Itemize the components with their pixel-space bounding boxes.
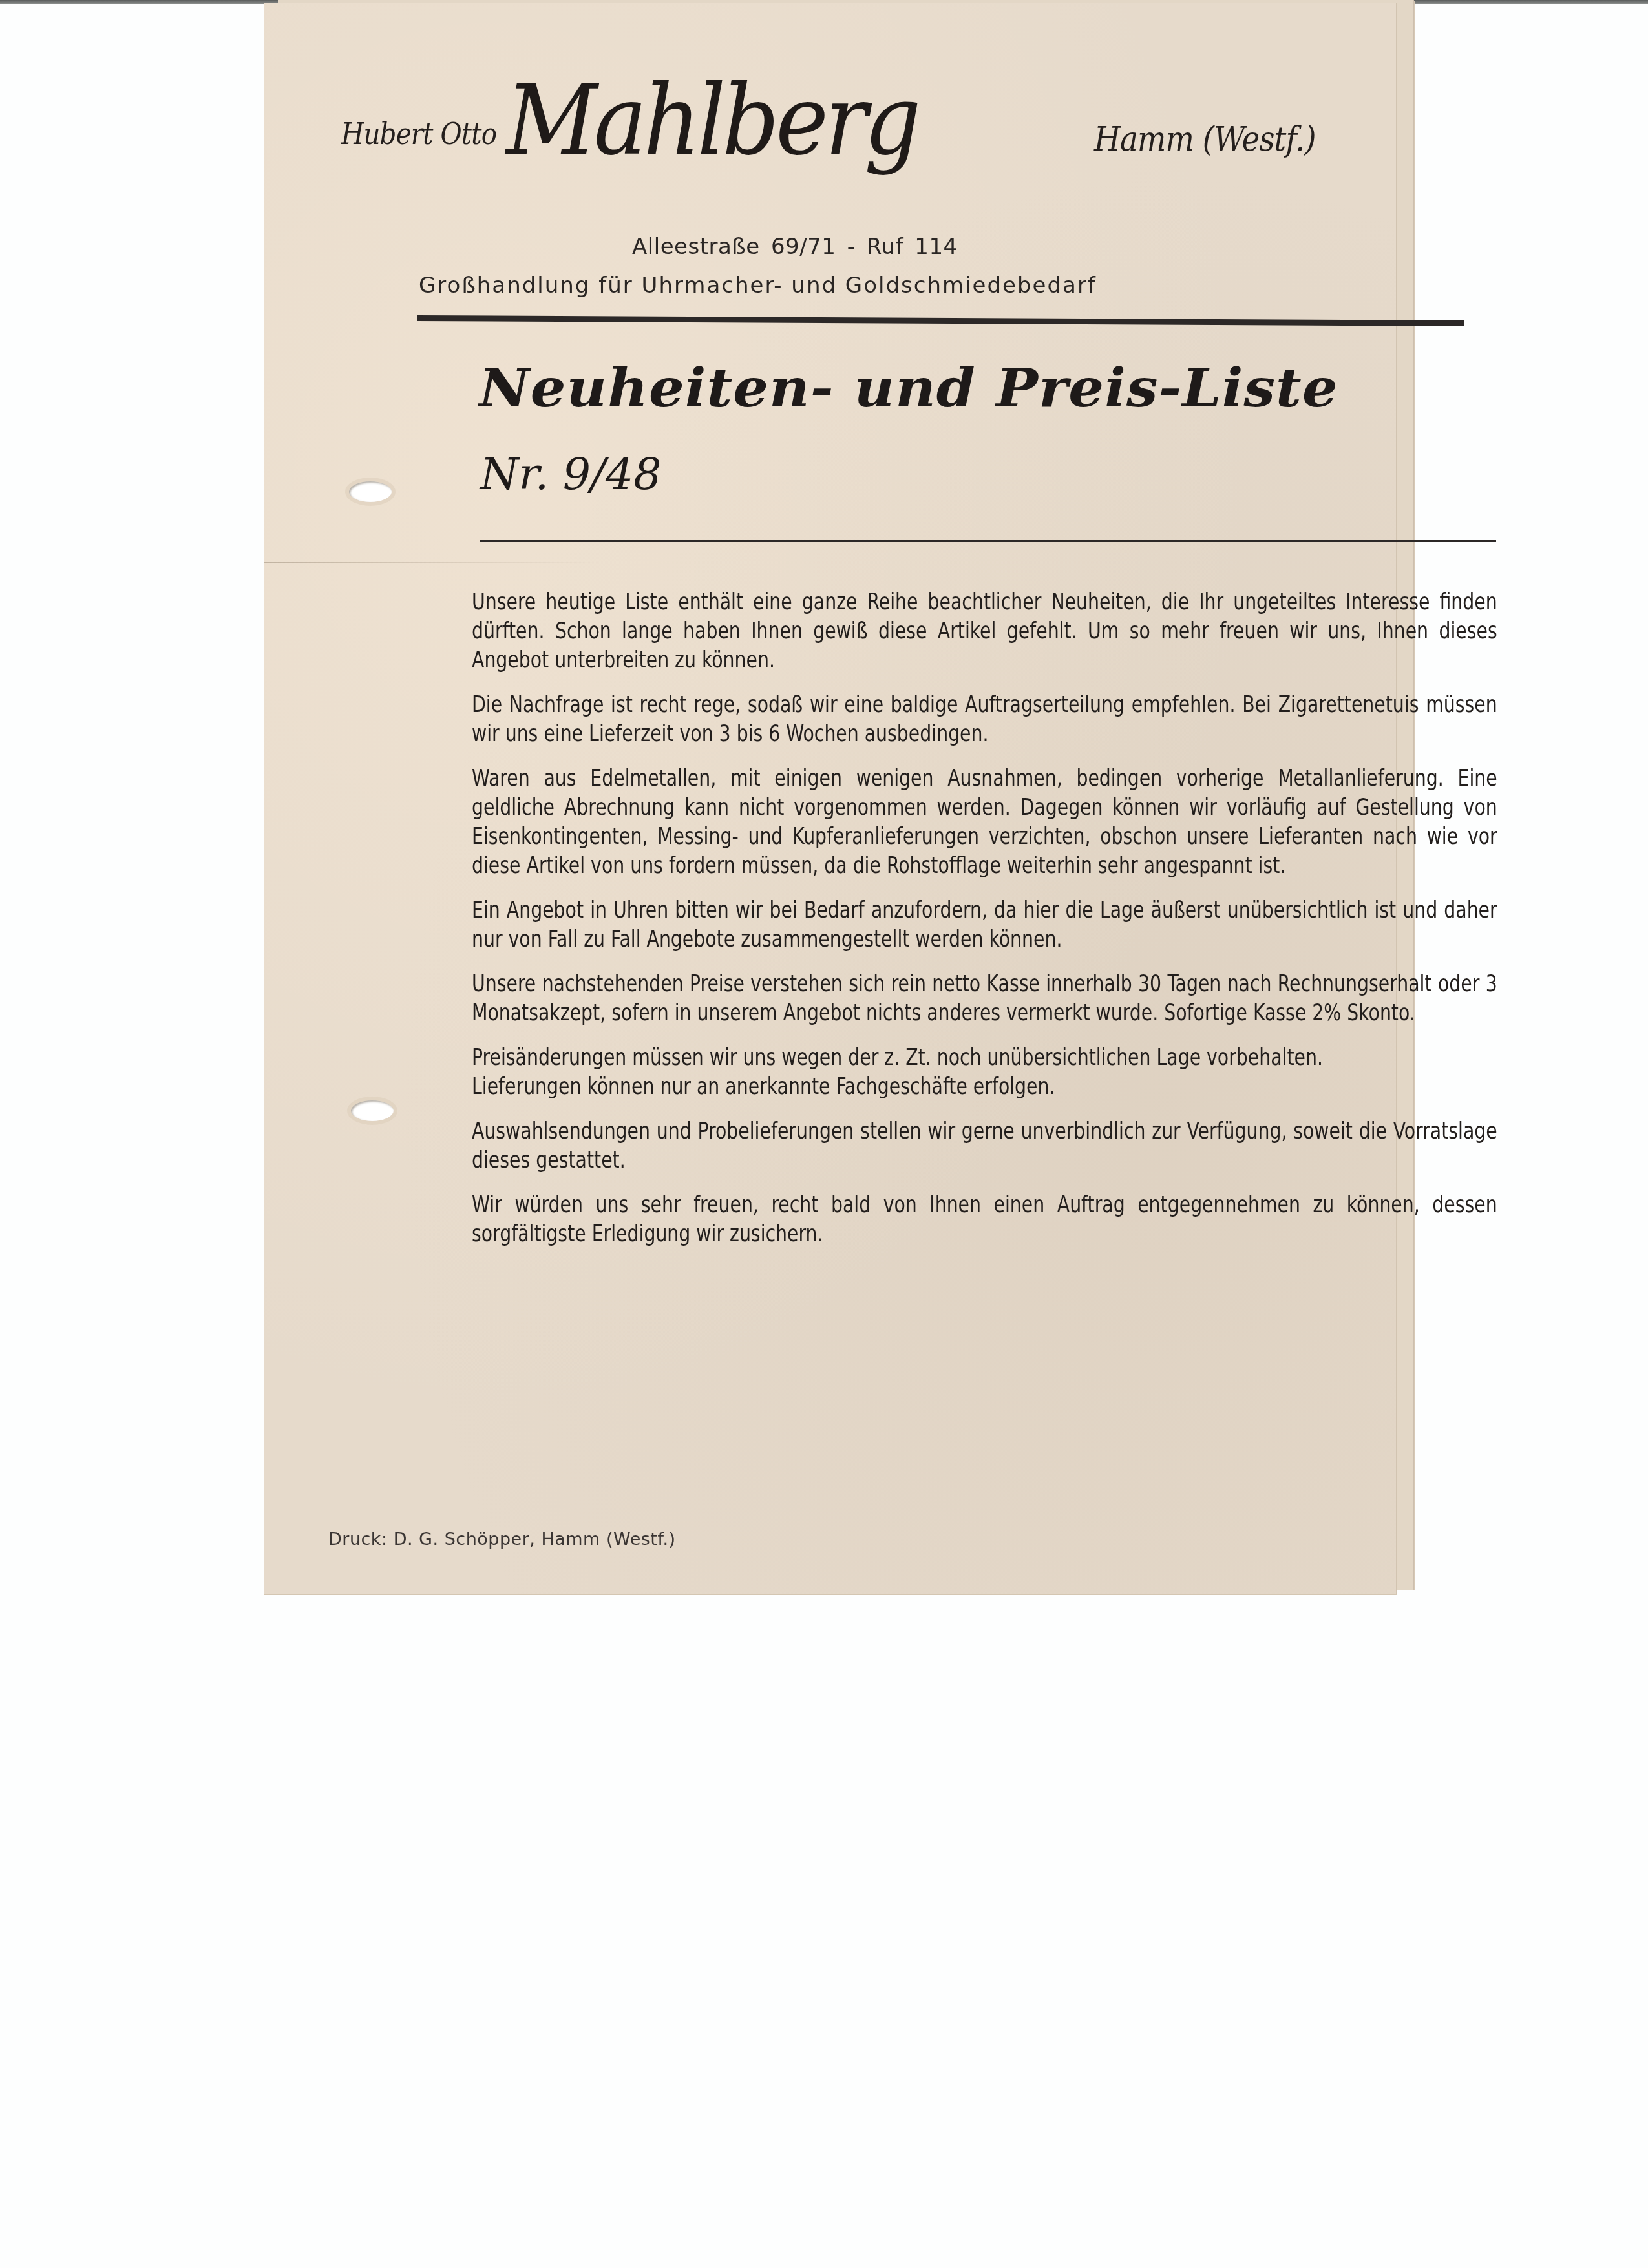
body-paragraph: Die Nachfrage ist recht rege, sodaß wir … xyxy=(472,691,1497,749)
punch-hole-icon xyxy=(349,481,392,502)
document-page: Hubert Otto Mahlberg Hamm (Westf.) Allee… xyxy=(264,3,1397,1595)
issue-number: Nr. 9/48 xyxy=(480,449,661,500)
body-paragraph: Waren aus Edelmetallen, mit einigen weni… xyxy=(472,764,1497,881)
body-paragraph: Auswahlsendungen und Probelieferungen st… xyxy=(472,1117,1497,1175)
punch-hole-icon xyxy=(351,1100,394,1121)
letterhead-proprietor: Hubert Otto xyxy=(341,116,496,151)
letterhead-divider xyxy=(417,315,1464,326)
body-paragraph: Wir würden uns sehr freuen, recht bald v… xyxy=(472,1191,1497,1249)
document-title: Neuheiten- und Preis-Liste xyxy=(479,357,1338,419)
letterhead-tagline: Großhandlung für Uhrmacher- und Goldschm… xyxy=(419,273,1097,299)
paper-crease xyxy=(264,562,600,563)
body-paragraph: Preisänderungen müssen wir uns wegen der… xyxy=(472,1044,1497,1073)
letterhead-address: Alleestraße 69/71 - Ruf 114 xyxy=(632,234,958,260)
body-paragraph: Unsere heutige Liste enthält eine ganze … xyxy=(472,588,1497,675)
body-paragraph: Ein Angebot in Uhren bitten wir bei Beda… xyxy=(472,896,1497,954)
title-divider xyxy=(480,540,1496,542)
letterhead-brand: Mahlberg xyxy=(506,65,918,177)
printer-imprint: Druck: D. G. Schöpper, Hamm (Westf.) xyxy=(328,1529,676,1549)
letterhead-city: Hamm (Westf.) xyxy=(1094,120,1316,159)
body-paragraph: Unsere nachstehenden Preise verstehen si… xyxy=(472,970,1497,1028)
body-paragraph: Lieferungen können nur an anerkannte Fac… xyxy=(472,1073,1497,1102)
letterhead: Hubert Otto Mahlberg Hamm (Westf.) Allee… xyxy=(341,65,1375,181)
letter-body: Unsere heutige Liste enthält eine ganze … xyxy=(472,588,1497,1265)
